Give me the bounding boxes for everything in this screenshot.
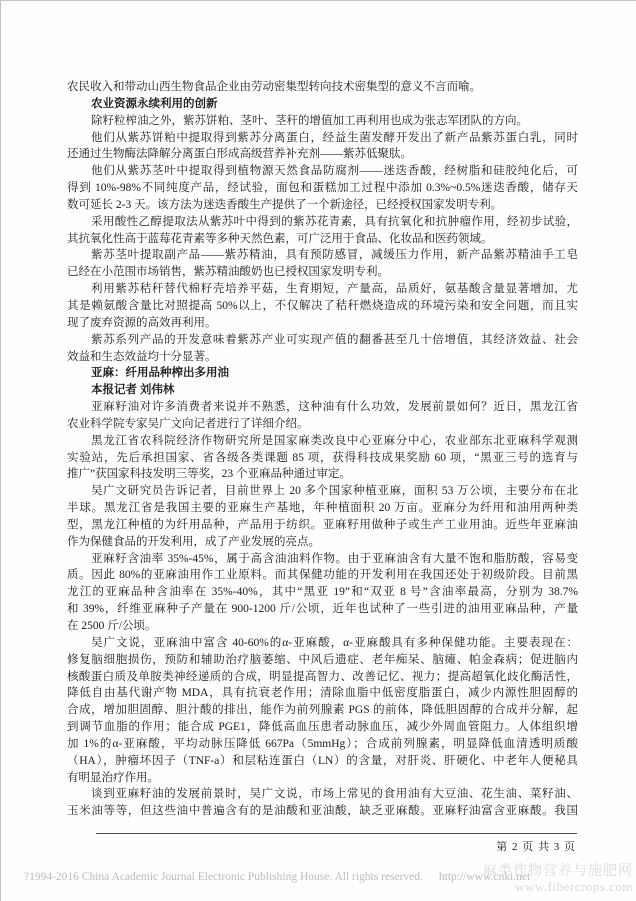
text-line: 和 39%，纤维亚麻种子产量在 900-1200 斤/公顷，近年也试种了一些引进… <box>67 601 578 618</box>
text-line: 有明显治疗作用。 <box>67 770 578 787</box>
text-line: 作为保健食品的开发利用，成了产业发展的亮点。 <box>67 534 578 551</box>
text-line: 质。因此 80%的亚麻油用作工业原料。而其保健功能的开发利用在我国还处于初级阶段… <box>67 567 578 584</box>
copyright-text: ?1994-2016 China Academic Journal Electr… <box>24 871 423 883</box>
text-line: 除籽粒榨油之外，紫苏饼粕、茎叶、茎秆的增值加工再利用也成为张志军团队的方向。 <box>67 113 578 130</box>
text-line: 效益和生态效益均十分显著。 <box>67 349 578 366</box>
text-line: 型，黑龙江种植的为纤用品种，产品用于纺织。亚麻籽用做种子或生产工业用油。近些年亚… <box>67 517 578 534</box>
watermark-site-url: www.fibercrops.com <box>483 879 633 894</box>
text-line: 农业科学院专家吴广文向记者进行了详细介绍。 <box>67 416 578 433</box>
text-line: 现了废弃资源的高效再利用。 <box>67 315 578 332</box>
text-line: 推广”获国家科技发明三等奖，23 个亚麻品种通过审定。 <box>67 466 578 483</box>
text-line: 合成，增加胆固醇、胆汁酸的排出，能作为前列腺素 PGS 的前体，降低胆固醇的合成… <box>67 702 578 719</box>
article-body: 农民收入和带动山西生物食品企业由劳动密集型转向技术密集型的意义不言而喻。农业资源… <box>67 79 578 820</box>
text-line: 他们从紫苏饼粕中提取得到紫苏分离蛋白，经益生菌发酵开发出了新产品紫苏蛋白乳，同时 <box>67 130 578 147</box>
text-line: 其抗氧化性高于蓝莓花青素等多种天然色素，可广泛用于食品、化妆品和医药领域。 <box>67 231 578 248</box>
text-line: 黑龙江省农科院经济作物研究所是国家麻类改良中心亚麻分中心，农业部东北亚麻科学观测 <box>67 433 578 450</box>
text-line: 本报记者 刘伟林 <box>67 382 578 399</box>
text-line: 玉米油等等，但这些油中普遍含有的是油酸和亚油酸，缺乏亚麻酸。亚麻籽油富含亚麻酸。… <box>67 803 578 820</box>
text-line: 他们从紫苏茎叶中提取得到植物源天然食品防腐剂——迷迭香酸，经树脂和硅胶纯化后，可 <box>67 163 578 180</box>
text-line: 已经在小范围市场销售，紫苏精油酸奶也已授权国家发明专利。 <box>67 264 578 281</box>
text-line: 紫苏茎叶提取副产品——紫苏精油，具有预防感冒，减缓压力作用，新产品紫苏精油手工皂 <box>67 247 578 264</box>
text-line: 亚麻：纤用品种榨出多用油 <box>67 365 578 382</box>
text-line: 亚麻籽油对许多消费者来说并不熟悉，这种油有什么功效，发展前景如何？近日，黑龙江省 <box>67 399 578 416</box>
watermark: 麻类作物营养与施肥网 www.fibercrops.com <box>483 864 633 894</box>
text-line: 吴广文说，亚麻油中富含 40-60%的α-亚麻酸，α-亚麻酸具有多种保健功能。主… <box>67 635 578 652</box>
text-line: 农业资源永续利用的创新 <box>67 96 578 113</box>
text-line: 降低自由基代谢产物 MDA，具有抗衰老作用；清除血脂中低密度脂蛋白，减少内源性胆… <box>67 685 578 702</box>
text-line: 吴广文研究员告诉记者，目前世界上 20 多个国家种植亚麻，面积 53 万公顷，主… <box>67 483 578 500</box>
text-line: 修复脑细胞损伤，预防和辅助治疗脑萎缩、中风后遗症、老年痴呆、脑瘫、帕金森病；促进… <box>67 652 578 669</box>
text-line: （HA），肿瘤坏因子（TNF-a）和层粘连蛋白（LN）的含量，对肝炎、肝硬化、中… <box>67 753 578 770</box>
text-line: 采用酸性乙醇提取法从紫苏叶中得到的紫苏花青素，具有抗氧化和抗肿瘤作用，经初步试验… <box>67 214 578 231</box>
text-line: 其是赖氨酸含量比对照提高 50%以上，不仅解决了秸秆燃烧造成的环境污染和安全问题… <box>67 298 578 315</box>
text-line: 半球。黑龙江省是我国主要的亚麻生产基地，年种植面积 20 万亩。亚麻分为纤用和油… <box>67 500 578 517</box>
page-number: 第 2 页 共 3 页 <box>496 838 576 854</box>
text-line: 还通过生物酶法降解分离蛋白形成高级营养补充剂——紫苏低聚肽。 <box>67 146 578 163</box>
footer-divider <box>96 833 577 834</box>
text-line: 得到 10%-98%不同纯度产品，经试验，面包和蛋糕加工过程中添加 0.3%~0… <box>67 180 578 197</box>
watermark-site-name: 麻类作物营养与施肥网 <box>483 864 633 879</box>
text-line: 利用紫苏秸秆替代棉籽壳培养平菇，生育期短，产量高，品质好，氨基酸含量显著增加，尤 <box>67 281 578 298</box>
text-line: 龙江的亚麻品种含油率在 35%-40%，其中“黑亚 19”和“双亚 8 号”含油… <box>67 584 578 601</box>
text-line: 到调节血脂的作用；能合成 PGE1，降低高血压患者动脉血压，减少外周血管阻力。人… <box>67 719 578 736</box>
text-line: 谈到亚麻籽油的发展前景时，吴广文说，市场上常见的食用油有大豆油、花生油、菜籽油、 <box>67 786 578 803</box>
text-line: 农民收入和带动山西生物食品企业由劳动密集型转向技术密集型的意义不言而喻。 <box>67 79 578 96</box>
text-line: 数可延长 2-3 天。该方法为迷迭香酸生产提供了一个新途径，已经授权国家发明专利… <box>67 197 578 214</box>
text-line: 紫苏系列产品的开发意味着紫苏产业可实现产值的翻番甚至几十倍增值，其经济效益、社会 <box>67 332 578 349</box>
text-line: 亚麻籽含油率 35%-45%，属于高含油油料作物。由于亚麻油含有大量不饱和脂肪酸… <box>67 551 578 568</box>
text-line: 在 2500 斤/公顷。 <box>67 618 578 635</box>
text-line: 加 1%的α-亚麻酸，平均动脉压降低 667Pa（5mmHg）；合成前列腺素，明… <box>67 736 578 753</box>
scanned-document-page: 农民收入和带动山西生物食品企业由劳动密集型转向技术密集型的意义不言而喻。农业资源… <box>0 0 636 901</box>
text-line: 核酸蛋白质及单胺类神经递质的合成，明显提高智力、改善记忆、视力；提高超氧化歧化酶… <box>67 669 578 686</box>
text-line: 实验站，先后承担国家、省各级各类课题 85 项，获得科技成果奖励 60 项，“黑… <box>67 450 578 467</box>
